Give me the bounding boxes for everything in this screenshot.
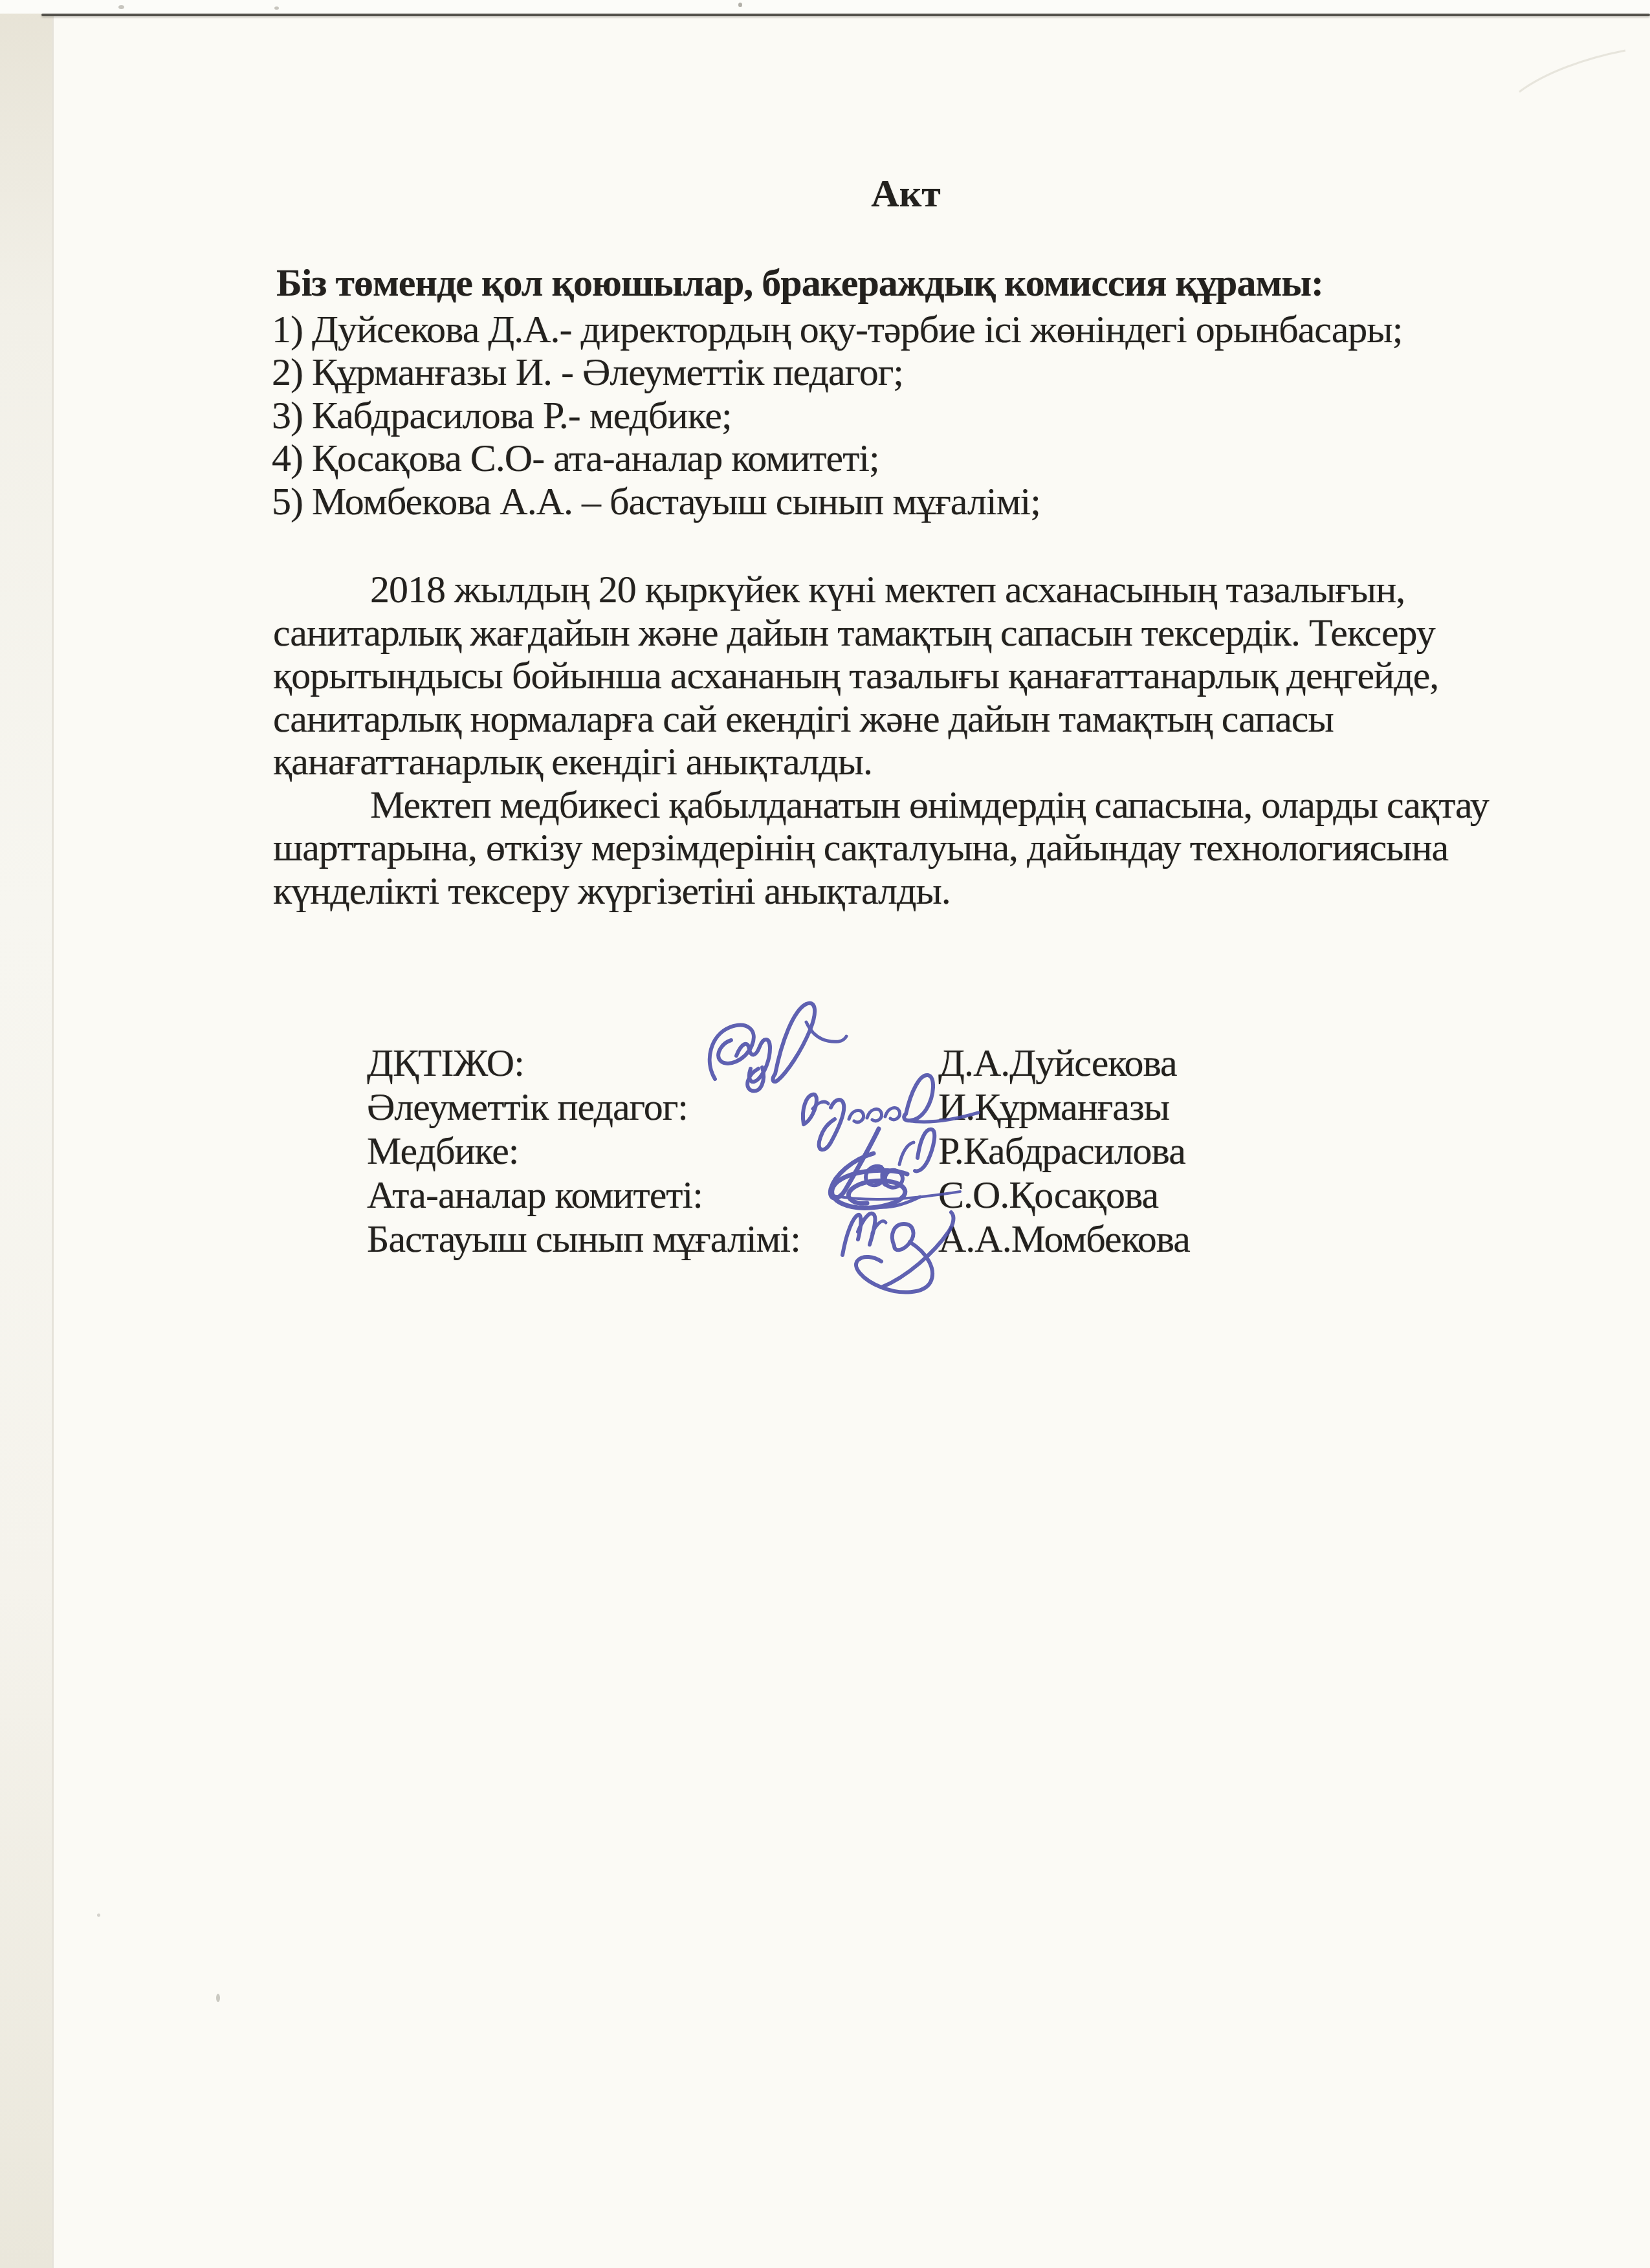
signature-role-label: Бастауыш сынып мұғалімі: — [367, 1217, 800, 1260]
scan-speck — [216, 1994, 220, 2002]
signature-kosakova-ink — [832, 1170, 920, 1208]
member-line: 5) Момбекова А.А. – бастауыш сынып мұғал… — [272, 480, 1040, 523]
member-line: 4) Қосақова С.О- ата-аналар комитеті; — [272, 437, 879, 479]
scan-crease-line — [1514, 39, 1631, 97]
paragraph-line: қорытындысы бойынша асхананың тазалығы қ… — [273, 654, 1438, 697]
page-left-edge-line — [52, 0, 54, 2268]
member-line: 1) Дуйсекова Д.А.- директордың оқу-тәрби… — [272, 308, 1402, 351]
document-title: Акт — [275, 171, 1537, 216]
page-top-edge-line — [41, 14, 1650, 16]
signee-name: Р.Кабдрасилова — [938, 1129, 1185, 1172]
paragraph-line: санитарлық жағдайын және дайын тамақтың … — [273, 611, 1435, 654]
signature-role-label: ДҚТІЖО: — [367, 1041, 524, 1084]
signature-role-label: Медбике: — [367, 1129, 519, 1172]
scan-top-strip — [0, 0, 1650, 14]
member-line: 2) Құрманғазы И. - Әлеуметтік педагог; — [272, 351, 903, 393]
signee-name: С.О.Қосақова — [938, 1173, 1158, 1216]
signee-name: И.Құрманғазы — [938, 1085, 1169, 1128]
signature-role-label: Ата-аналар комитеті: — [367, 1173, 703, 1216]
scan-speck — [274, 6, 279, 10]
scan-speck — [118, 5, 124, 9]
signature-role-label: Әлеуметтік педагог: — [367, 1085, 688, 1128]
paragraph-line: 2018 жылдың 20 қыркүйек күні мектеп асха… — [370, 568, 1405, 611]
paragraph-line: санитарлық нормаларға сай екендігі және … — [273, 697, 1334, 740]
signee-name: А.А.Момбекова — [938, 1217, 1190, 1260]
scan-left-edge — [0, 0, 52, 2268]
scan-speck — [738, 3, 742, 7]
member-line: 3) Кабдрасилова Р.- медбике; — [272, 394, 732, 437]
paragraph-line: Мектеп медбикесі қабылданатын өнімдердің… — [370, 783, 1489, 826]
signature-duisekova-ink — [710, 1003, 846, 1091]
paragraph-line: шарттарына, өткізу мерзімдерінің сақталу… — [273, 826, 1448, 869]
scanned-document-page: Акт Біз төменде қол қоюшылар, бракеражды… — [0, 0, 1650, 2268]
signature-mombekova-ink — [842, 1212, 953, 1292]
paragraph-line: күнделікті тексеру жүргізетіні анықталды… — [273, 869, 951, 912]
scan-speck — [97, 1914, 100, 1917]
paragraph-line: қанағаттанарлық екендігі анықталды. — [273, 740, 872, 783]
commission-heading: Біз төменде қол қоюшылар, бракераждық ко… — [276, 261, 1323, 304]
signee-name: Д.А.Дуйсекова — [938, 1041, 1177, 1084]
